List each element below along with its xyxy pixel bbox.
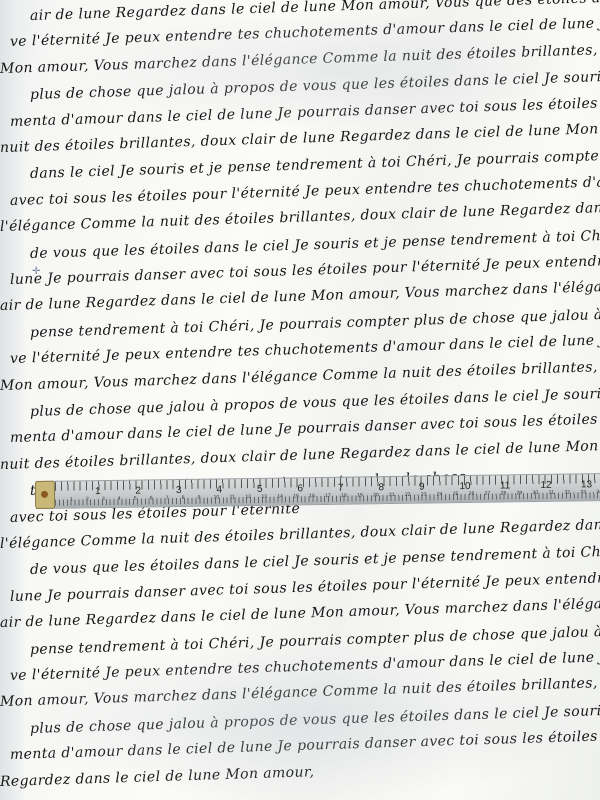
cm-label: 6 [150,495,153,501]
inch-label: 8 [378,482,384,493]
cm-label: 20 [373,492,379,498]
cm-label: 14 [277,494,283,500]
cm-label: 8 [182,495,185,501]
cm-label: 34 [596,489,600,495]
crosshair-mark-icon: ✛ [32,266,40,277]
cm-label: 12 [245,494,251,500]
cm-label: 24 [437,491,443,497]
cm-label: 13 [261,494,267,500]
cm-label: 9 [198,495,201,501]
cm-label: 19 [357,492,363,498]
cm-label: 4 [118,496,121,502]
cm-label: 1 [70,496,73,502]
cm-label: 23 [421,492,427,498]
inch-label: 1 [95,486,101,497]
cm-label: 25 [453,491,459,497]
cm-label: 32 [564,490,570,496]
cm-label: 31 [548,490,554,496]
cm-label: 28 [501,490,507,496]
measuring-tape: 1234567891011121314 12345678910111213141… [36,473,600,509]
cm-label: 15 [293,493,299,499]
cm-label: 11 [230,494,235,500]
cm-label: 33 [580,489,586,495]
cm-label: 5 [134,496,137,502]
cm-label: 27 [485,491,491,497]
cm-label: 18 [341,493,347,499]
cm-label: 2 [86,496,89,502]
cm-label: 3 [102,496,105,502]
cm-label: 26 [469,491,475,497]
cm-label: 7 [166,495,169,501]
cm-label: 21 [389,492,395,498]
cm-label: 16 [309,493,315,499]
cm-label: 10 [214,494,220,500]
cm-label: 17 [325,493,331,499]
cm-label: 22 [405,492,411,498]
cm-label: 29 [517,490,523,496]
cm-label: 30 [533,490,539,496]
tape-end-cap [35,481,55,509]
script-line: Regardez dans le ciel de lune Mon amour, [0,764,315,790]
